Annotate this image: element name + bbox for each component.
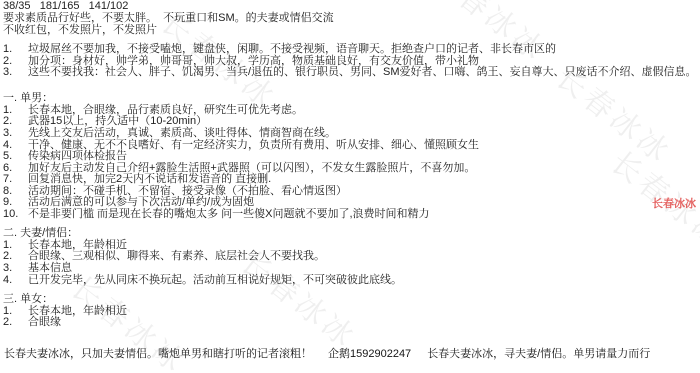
footer-qq-number: 企鹅1592902247 bbox=[328, 348, 411, 360]
list-item: 4. 已开发完毕，先从同床不换玩起。活动前互相说好规矩，不可突破彼此底线。 bbox=[3, 275, 698, 287]
item-number: 1. bbox=[3, 44, 28, 56]
list-item: 2. 合眼缘、三观相似、聊得来、有素养、底层社会人不要找我。 bbox=[3, 251, 698, 263]
item-text: 基本信息 bbox=[28, 263, 698, 275]
item-number: 3. bbox=[3, 263, 28, 275]
section-single-women: 三. 单女： 1. 长春本地，年龄相近 2. 合眼缘 bbox=[3, 294, 698, 329]
list-item: 1. 垃圾屌丝不要加我，不接受嗑炮，键盘侠，闲聊。不接受视频，语音聊天。拒绝查户… bbox=[3, 44, 698, 56]
item-text: 不是非要门槛 而是现在长春的嘴炮太多 问一些傻X问题就不要加了,浪费时间和精力 bbox=[28, 209, 698, 221]
no-redpacket-line: 不收红包，不发照片，不发照片 bbox=[3, 25, 698, 37]
item-text: 垃圾屌丝不要加我，不接受嗑炮，键盘侠，闲聊。不接受视频，语音聊天。拒绝查户口的记… bbox=[28, 44, 698, 56]
footer-right-text: 长春夫妻冰冰，寻夫妻/情侣。单男请量力而行 bbox=[427, 348, 650, 360]
list-item: 2. 合眼缘 bbox=[3, 317, 698, 329]
list-item: 10. 不是非要门槛 而是现在长春的嘴炮太多 问一些傻X问题就不要加了,浪费时间… bbox=[3, 209, 698, 221]
item-number: 5. bbox=[3, 151, 28, 163]
intro-rules-list: 1. 垃圾屌丝不要加我，不接受嗑炮，键盘侠，闲聊。不接受视频，语音聊天。拒绝查户… bbox=[3, 44, 698, 79]
item-number: 3. bbox=[3, 67, 28, 79]
list-item: 3. 这些不要找我：社会人、胖子、饥渴男、当兵/退伍的、银行职员、男同、SM爱好… bbox=[3, 67, 698, 79]
list-item: 1. 长春本地，年龄相近 bbox=[3, 306, 698, 318]
item-number: 3. bbox=[3, 128, 28, 140]
footer-left-text: 长春夫妻冰冰，只加夫妻情侣。嘴炮单男和瞎打听的记者滚粗！ bbox=[4, 348, 312, 360]
list-item: 3. 基本信息 bbox=[3, 263, 698, 275]
list-item: 3. 先线上交友后活动，真诚、素质高、谈吐得体、情商智商在线。 bbox=[3, 128, 698, 140]
item-number: 4. bbox=[3, 275, 28, 287]
requirement-line: 要求素质品行好些，不要太胖。 不玩重口和SM。的夫妻或情侣交流 bbox=[3, 13, 698, 25]
section-couples: 二. 夫妻/情侣： 1. 长春本地，年龄相近 2. 合眼缘、三观相似、聊得来、有… bbox=[3, 228, 698, 286]
item-number: 10. bbox=[3, 209, 28, 221]
item-number: 2. bbox=[3, 317, 28, 329]
ad-text-page: 长春冰冰 长春冰冰 长春冰冰 长春冰冰 长春冰冰 长春冰冰 38/35 181/… bbox=[0, 0, 700, 373]
list-item: 5. 传染病四项体检报告 bbox=[3, 151, 698, 163]
item-text: 长春本地，年龄相近 bbox=[28, 306, 698, 318]
header-block: 38/35 181/165 141/102 要求素质品行好些，不要太胖。 不玩重… bbox=[3, 1, 698, 37]
item-text: 先线上交友后活动，真诚、素质高、谈吐得体、情商智商在线。 bbox=[28, 128, 698, 140]
item-text: 合眼缘 bbox=[28, 317, 698, 329]
item-text: 已开发完毕，先从同床不换玩起。活动前互相说好规矩，不可突破彼此底线。 bbox=[28, 275, 698, 287]
item-text: 传染病四项体检报告 bbox=[28, 151, 698, 163]
brand-watermark-red: 长春冰冰 bbox=[652, 199, 696, 211]
footer-contact-line: 长春夫妻冰冰，只加夫妻情侣。嘴炮单男和瞎打听的记者滚粗！企鹅1592902247… bbox=[4, 349, 666, 361]
item-text: 这些不要找我：社会人、胖子、饥渴男、当兵/退伍的、银行职员、男同、SM爱好者、口… bbox=[28, 67, 698, 79]
section-single-men: 一. 单男： 1. 长春本地，合眼缘，品行素质良好，研究生可优先考虑。 2. 武… bbox=[3, 93, 698, 220]
list-item: 7. 回复消息快，加完2天内不说话和发语音的 直接删. bbox=[3, 174, 698, 186]
item-text: 合眼缘、三观相似、聊得来、有素养、底层社会人不要找我。 bbox=[28, 251, 698, 263]
item-text: 干净、健康、无不不良嗜好、有一定经济实力，负责所有费用、听从安排、细心、懂照顾女… bbox=[28, 140, 698, 152]
